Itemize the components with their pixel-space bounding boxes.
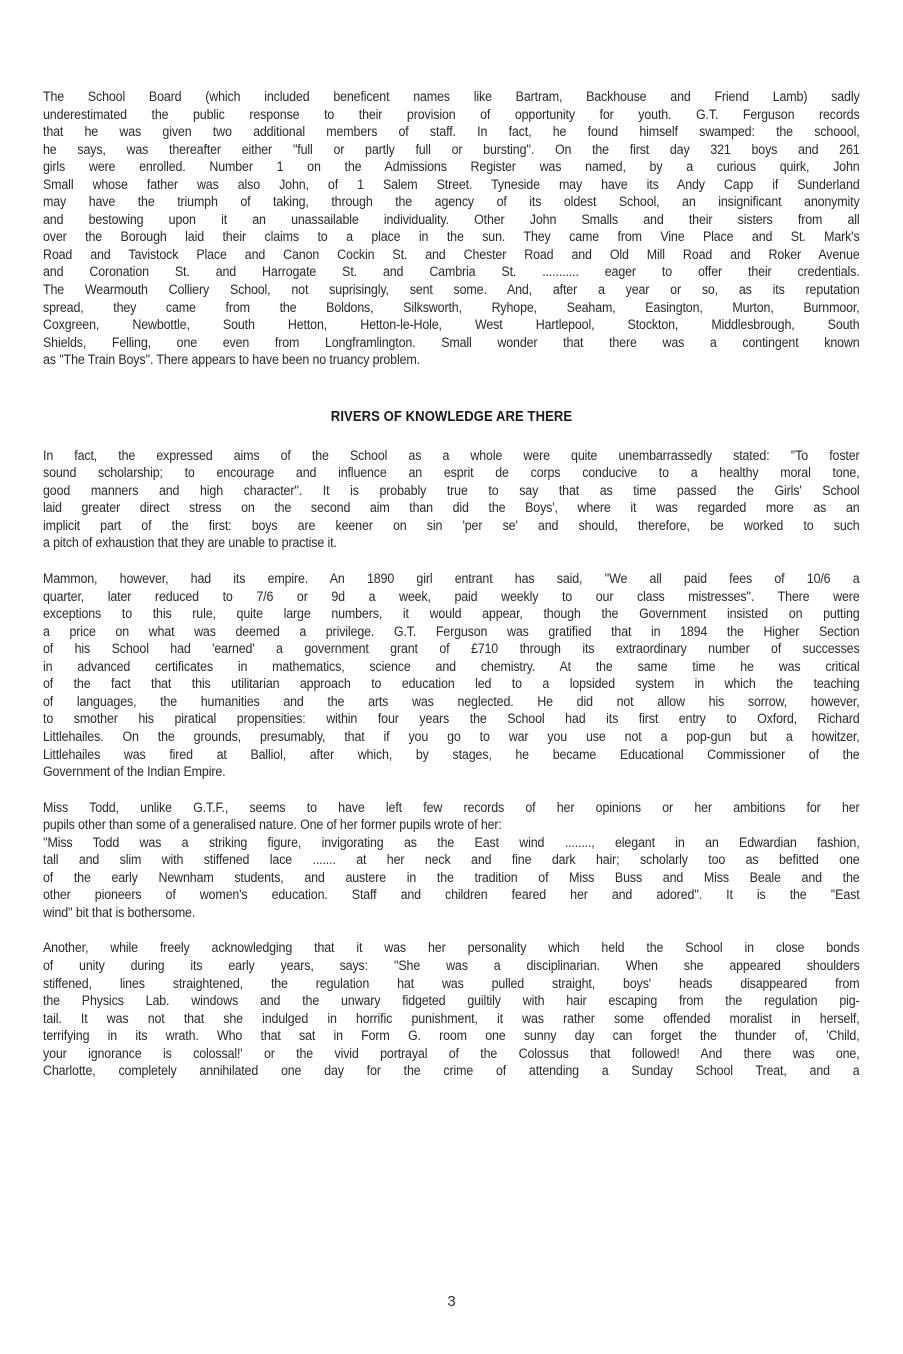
text-line: underestimated the public response to th…: [43, 106, 860, 124]
text-line: terrifying in its wrath. Who that sat in…: [43, 1027, 860, 1045]
text-line: girls were enrolled. Number 1 on the Adm…: [43, 158, 860, 176]
paragraph-gap: [43, 552, 860, 570]
text-line: of his School had 'earned' a government …: [43, 640, 860, 658]
text-line: The School Board (which included benefic…: [43, 88, 860, 106]
text-line: of unity during its early years, says: '…: [43, 957, 860, 975]
paragraph-disciplinarian: Another, while freely acknowledging that…: [43, 939, 860, 1079]
text-line: to smother his piratical propensities: w…: [43, 710, 860, 728]
paragraph-miss-todd: Miss Todd, unlike G.T.F., seems to have …: [43, 799, 860, 922]
text-line: the Physics Lab. windows and the unwary …: [43, 992, 860, 1010]
paragraph-gap: [43, 921, 860, 939]
text-line: a pitch of exhaustion that they are unab…: [43, 534, 860, 552]
text-line: stiffened, lines straightened, the regul…: [43, 975, 860, 993]
text-line: spread, they came from the Boldons, Silk…: [43, 299, 860, 317]
paragraph-mammon: Mammon, however, had its empire. An 1890…: [43, 570, 860, 781]
document-page: The School Board (which included benefic…: [43, 88, 860, 1080]
paragraph-gap: [43, 781, 860, 799]
text-line: Miss Todd, unlike G.T.F., seems to have …: [43, 799, 860, 817]
text-line: of the early Newnham students, and auste…: [43, 869, 860, 887]
text-line: tall and slim with stiffened lace ......…: [43, 851, 860, 869]
page-number: 3: [0, 1293, 903, 1310]
section-heading: RIVERS OF KNOWLEDGE ARE THERE: [84, 409, 819, 425]
text-line: tail. It was not that she indulged in ho…: [43, 1010, 860, 1028]
text-line: ''Miss Todd was a striking figure, invig…: [43, 834, 860, 852]
text-line: he says, was thereafter either ''full or…: [43, 141, 860, 159]
text-line: may have the triumph of taking, through …: [43, 193, 860, 211]
text-line: Another, while freely acknowledging that…: [43, 939, 860, 957]
text-line: Road and Tavistock Place and Canon Cocki…: [43, 246, 860, 264]
text-line: laid greater direct stress on the second…: [43, 499, 860, 517]
text-line: and Coronation St. and Harrogate St. and…: [43, 263, 860, 281]
text-line: of languages, the humanities and the art…: [43, 693, 860, 711]
paragraph-school-board: The School Board (which included benefic…: [43, 88, 860, 369]
text-line: sound scholarship; to encourage and infl…: [43, 464, 860, 482]
text-line: good manners and high character''. It is…: [43, 482, 860, 500]
paragraph-aims: In fact, the expressed aims of the Schoo…: [43, 447, 860, 552]
text-line: Shields, Felling, one even from Longfram…: [43, 334, 860, 352]
text-line: Mammon, however, had its empire. An 1890…: [43, 570, 860, 588]
text-line: Government of the Indian Empire.: [43, 763, 860, 781]
text-line: The Wearmouth Colliery School, not supri…: [43, 281, 860, 299]
text-line: in advanced certificates in mathematics,…: [43, 658, 860, 676]
text-line: exceptions to this rule, quite large num…: [43, 605, 860, 623]
text-line: Coxgreen, Newbottle, South Hetton, Hetto…: [43, 316, 860, 334]
text-line: that he was given two additional members…: [43, 123, 860, 141]
text-line: Charlotte, completely annihilated one da…: [43, 1062, 860, 1080]
text-line: of the fact that this utilitarian approa…: [43, 675, 860, 693]
text-line: quarter, later reduced to 7/6 or 9d a we…: [43, 588, 860, 606]
text-line: other pioneers of women's education. Sta…: [43, 886, 860, 904]
text-line: as ''The Train Boys''. There appears to …: [43, 351, 860, 369]
text-line: your ignorance is colossal!' or the vivi…: [43, 1045, 860, 1063]
text-line: Littlehailes was fired at Balliol, after…: [43, 746, 860, 764]
text-line: pupils other than some of a generalised …: [43, 816, 860, 834]
text-line: wind'' bit that is bothersome.: [43, 904, 860, 922]
text-line: In fact, the expressed aims of the Schoo…: [43, 447, 860, 465]
text-line: Littlehailes. On the grounds, presumably…: [43, 728, 860, 746]
text-line: a price on what was deemed a privilege. …: [43, 623, 860, 641]
text-line: Small whose father was also John, of 1 S…: [43, 176, 860, 194]
text-line: over the Borough laid their claims to a …: [43, 228, 860, 246]
text-line: implicit part of the first: boys are kee…: [43, 517, 860, 535]
text-line: and bestowing upon it an unassailable in…: [43, 211, 860, 229]
